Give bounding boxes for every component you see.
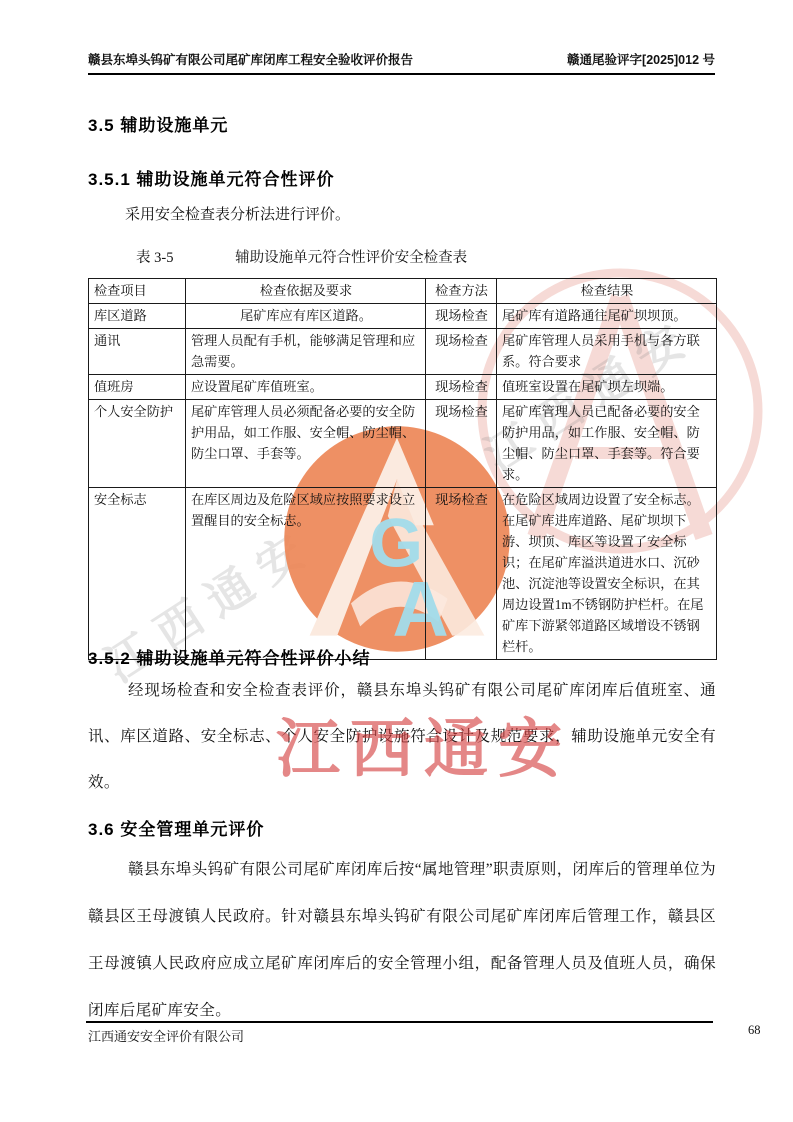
table-cell: 现场检查 — [426, 400, 497, 488]
paragraph-method: 采用安全检查表分析法进行评价。 — [88, 203, 715, 224]
paragraph-3-6: 赣县东埠头钨矿有限公司尾矿库闭库后按“属地管理”职责原则，闭库后的管理单位为赣县… — [88, 846, 716, 1034]
table-row: 库区道路 尾矿库应有库区道路。 现场检查 尾矿库有道路通往尾矿坝坝顶。 — [89, 304, 717, 329]
table-cell: 现场检查 — [426, 488, 497, 660]
document-page: 江西通安 江西通安 G A 赣县东埠头钨矿有限公司尾矿库闭库工程安全验收评价报告… — [0, 0, 793, 1122]
table-cell: 尾矿库有道路通往尾矿坝坝顶。 — [497, 304, 717, 329]
table-cell: 管理人员配有手机，能够满足管理和应急需要。 — [186, 329, 426, 375]
heading-3-5-1: 3.5.1 辅助设施单元符合性评价 — [88, 165, 335, 190]
footer-company-name: 江西通安安全评价有限公司 — [88, 1026, 244, 1045]
table-cell: 通讯 — [89, 329, 186, 375]
page-number: 68 — [748, 1023, 761, 1038]
table-cell: 尾矿库管理人员必须配备必要的安全防护用品，如工作服、安全帽、防尘帽、防尘口罩、手… — [186, 400, 426, 488]
footer-rule — [86, 1021, 713, 1023]
table-cell: 尾矿库管理人员已配备必要的安全防护用品，如工作服、安全帽、防尘帽、防尘口罩、手套… — [497, 400, 717, 488]
table-row: 安全标志 在库区周边及危险区域应按照要求设立置醒目的安全标志。 现场检查 在危险… — [89, 488, 717, 660]
heading-3-5-2: 3.5.2 辅助设施单元符合性评价小结 — [88, 644, 371, 669]
column-header-item: 检查项目 — [89, 279, 186, 304]
table-caption: 表 3-5 辅助设施单元符合性评价安全检查表 — [88, 246, 715, 267]
heading-3-6: 3.6 安全管理单元评价 — [88, 815, 264, 840]
paragraph-3-5-2: 经现场检查和安全检查表评价，赣县东埠头钨矿有限公司尾矿库闭库后值班室、通讯、库区… — [88, 668, 716, 806]
table-caption-label: 表 3-5 — [136, 250, 173, 266]
heading-3-5: 3.5 辅助设施单元 — [88, 111, 228, 136]
table-cell: 在危险区域周边设置了安全标志。在尾矿库进库道路、尾矿坝坝下游、坝顶、库区等设置了… — [497, 488, 717, 660]
column-header-method: 检查方法 — [426, 279, 497, 304]
table-cell: 库区道路 — [89, 304, 186, 329]
column-header-basis: 检查依据及要求 — [186, 279, 426, 304]
table-cell: 应设置尾矿库值班室。 — [186, 375, 426, 400]
table-cell: 尾矿库管理人员采用手机与各方联系。符合要求 — [497, 329, 717, 375]
table-cell: 个人安全防护 — [89, 400, 186, 488]
table-cell: 现场检查 — [426, 304, 497, 329]
table-row: 个人安全防护 尾矿库管理人员必须配备必要的安全防护用品，如工作服、安全帽、防尘帽… — [89, 400, 717, 488]
header-doc-number: 赣通尾验评字[2025]012 号 — [567, 50, 715, 68]
header-report-title: 赣县东埠头钨矿有限公司尾矿库闭库工程安全验收评价报告 — [88, 50, 413, 68]
column-header-result: 检查结果 — [497, 279, 717, 304]
table-cell: 现场检查 — [426, 329, 497, 375]
table-cell: 安全标志 — [89, 488, 186, 660]
table-cell: 在库区周边及危险区域应按照要求设立置醒目的安全标志。 — [186, 488, 426, 660]
page-header: 赣县东埠头钨矿有限公司尾矿库闭库工程安全验收评价报告 赣通尾验评字[2025]0… — [88, 50, 715, 75]
table-header-row: 检查项目 检查依据及要求 检查方法 检查结果 — [89, 279, 717, 304]
table-cell: 值班房 — [89, 375, 186, 400]
table-cell: 值班室设置在尾矿坝左坝端。 — [497, 375, 717, 400]
table-cell: 尾矿库应有库区道路。 — [186, 304, 426, 329]
table-cell: 现场检查 — [426, 375, 497, 400]
table-row: 通讯 管理人员配有手机，能够满足管理和应急需要。 现场检查 尾矿库管理人员采用手… — [89, 329, 717, 375]
safety-checklist-table: 检查项目 检查依据及要求 检查方法 检查结果 库区道路 尾矿库应有库区道路。 现… — [88, 278, 717, 660]
table-row: 值班房 应设置尾矿库值班室。 现场检查 值班室设置在尾矿坝左坝端。 — [89, 375, 717, 400]
table-caption-title: 辅助设施单元符合性评价安全检查表 — [235, 250, 467, 266]
